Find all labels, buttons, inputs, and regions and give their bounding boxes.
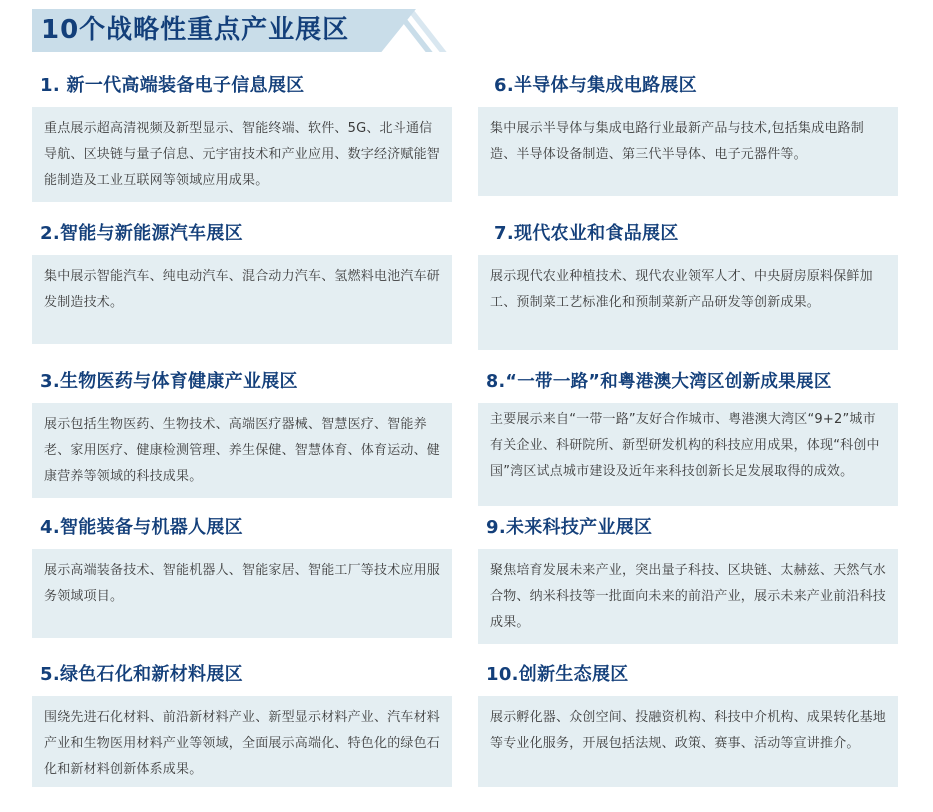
zone-description: 展示孵化器、众创空间、投融资机构、科技中介机构、成果转化基地等专业化服务，开展包… — [478, 696, 898, 787]
zone-title: 3.生物医药与体育健康产业展区 — [32, 369, 452, 395]
zone-description: 聚焦培育发展未来产业，突出量子科技、区块链、太赫兹、天然气水合物、纳米科技等一批… — [478, 549, 898, 644]
zone-section-6: 6.半导体与集成电路展区 集中展示半导体与集成电路行业最新产品与技术,包括集成电… — [478, 73, 898, 196]
zone-title: 8.“一带一路”和粤港澳大湾区创新成果展区 — [478, 369, 898, 395]
zone-title: 4.智能装备与机器人展区 — [32, 515, 452, 541]
zone-section-2: 2.智能与新能源汽车展区 集中展示智能汽车、纯电动汽车、混合动力汽车、氢燃料电池… — [32, 221, 452, 344]
zone-description: 展示包括生物医药、生物技术、高端医疗器械、智慧医疗、智能养老、家用医疗、健康检测… — [32, 403, 452, 498]
zone-section-10: 10.创新生态展区 展示孵化器、众创空间、投融资机构、科技中介机构、成果转化基地… — [478, 662, 898, 787]
zone-section-3: 3.生物医药与体育健康产业展区 展示包括生物医药、生物技术、高端医疗器械、智慧医… — [32, 369, 452, 498]
zone-description: 展示现代农业种植技术、现代农业领军人才、中央厨房原料保鲜加工、预制菜工艺标准化和… — [478, 255, 898, 350]
zone-section-9: 9.未来科技产业展区 聚焦培育发展未来产业，突出量子科技、区块链、太赫兹、天然气… — [478, 515, 898, 644]
zone-description: 重点展示超高清视频及新型显示、智能终端、软件、5G、北斗通信导航、区块链与量子信… — [32, 107, 452, 202]
zone-title: 5.绿色石化和新材料展区 — [32, 662, 452, 688]
zone-title: 10.创新生态展区 — [478, 662, 898, 688]
page-title: 10个战略性重点产业展区 — [41, 12, 349, 48]
zone-title: 6.半导体与集成电路展区 — [478, 73, 898, 99]
zone-section-7: 7.现代农业和食品展区 展示现代农业种植技术、现代农业领军人才、中央厨房原料保鲜… — [478, 221, 898, 350]
zone-section-5: 5.绿色石化和新材料展区 围绕先进石化材料、前沿新材料产业、新型显示材料产业、汽… — [32, 662, 452, 787]
zone-section-8: 8.“一带一路”和粤港澳大湾区创新成果展区 主要展示来自“一带一路”友好合作城市… — [478, 369, 898, 506]
zone-description: 集中展示半导体与集成电路行业最新产品与技术,包括集成电路制造、半导体设备制造、第… — [478, 107, 898, 196]
zone-description: 展示高端装备技术、智能机器人、智能家居、智能工厂等技术应用服务领域项目。 — [32, 549, 452, 638]
zone-title: 9.未来科技产业展区 — [478, 515, 898, 541]
exhibition-zones-page: 10个战略性重点产业展区 1. 新一代高端装备电子信息展区 重点展示超高清视频及… — [0, 0, 933, 812]
zone-title: 1. 新一代高端装备电子信息展区 — [32, 73, 452, 99]
zone-description: 集中展示智能汽车、纯电动汽车、混合动力汽车、氢燃料电池汽车研发制造技术。 — [32, 255, 452, 344]
zone-section-4: 4.智能装备与机器人展区 展示高端装备技术、智能机器人、智能家居、智能工厂等技术… — [32, 515, 452, 638]
zone-description: 围绕先进石化材料、前沿新材料产业、新型显示材料产业、汽车材料产业和生物医用材料产… — [32, 696, 452, 787]
zone-description: 主要展示来自“一带一路”友好合作城市、粤港澳大湾区“9+2”城市有关企业、科研院… — [478, 403, 898, 506]
zone-section-1: 1. 新一代高端装备电子信息展区 重点展示超高清视频及新型显示、智能终端、软件、… — [32, 73, 452, 202]
zone-title: 7.现代农业和食品展区 — [478, 221, 898, 247]
zone-title: 2.智能与新能源汽车展区 — [32, 221, 452, 247]
